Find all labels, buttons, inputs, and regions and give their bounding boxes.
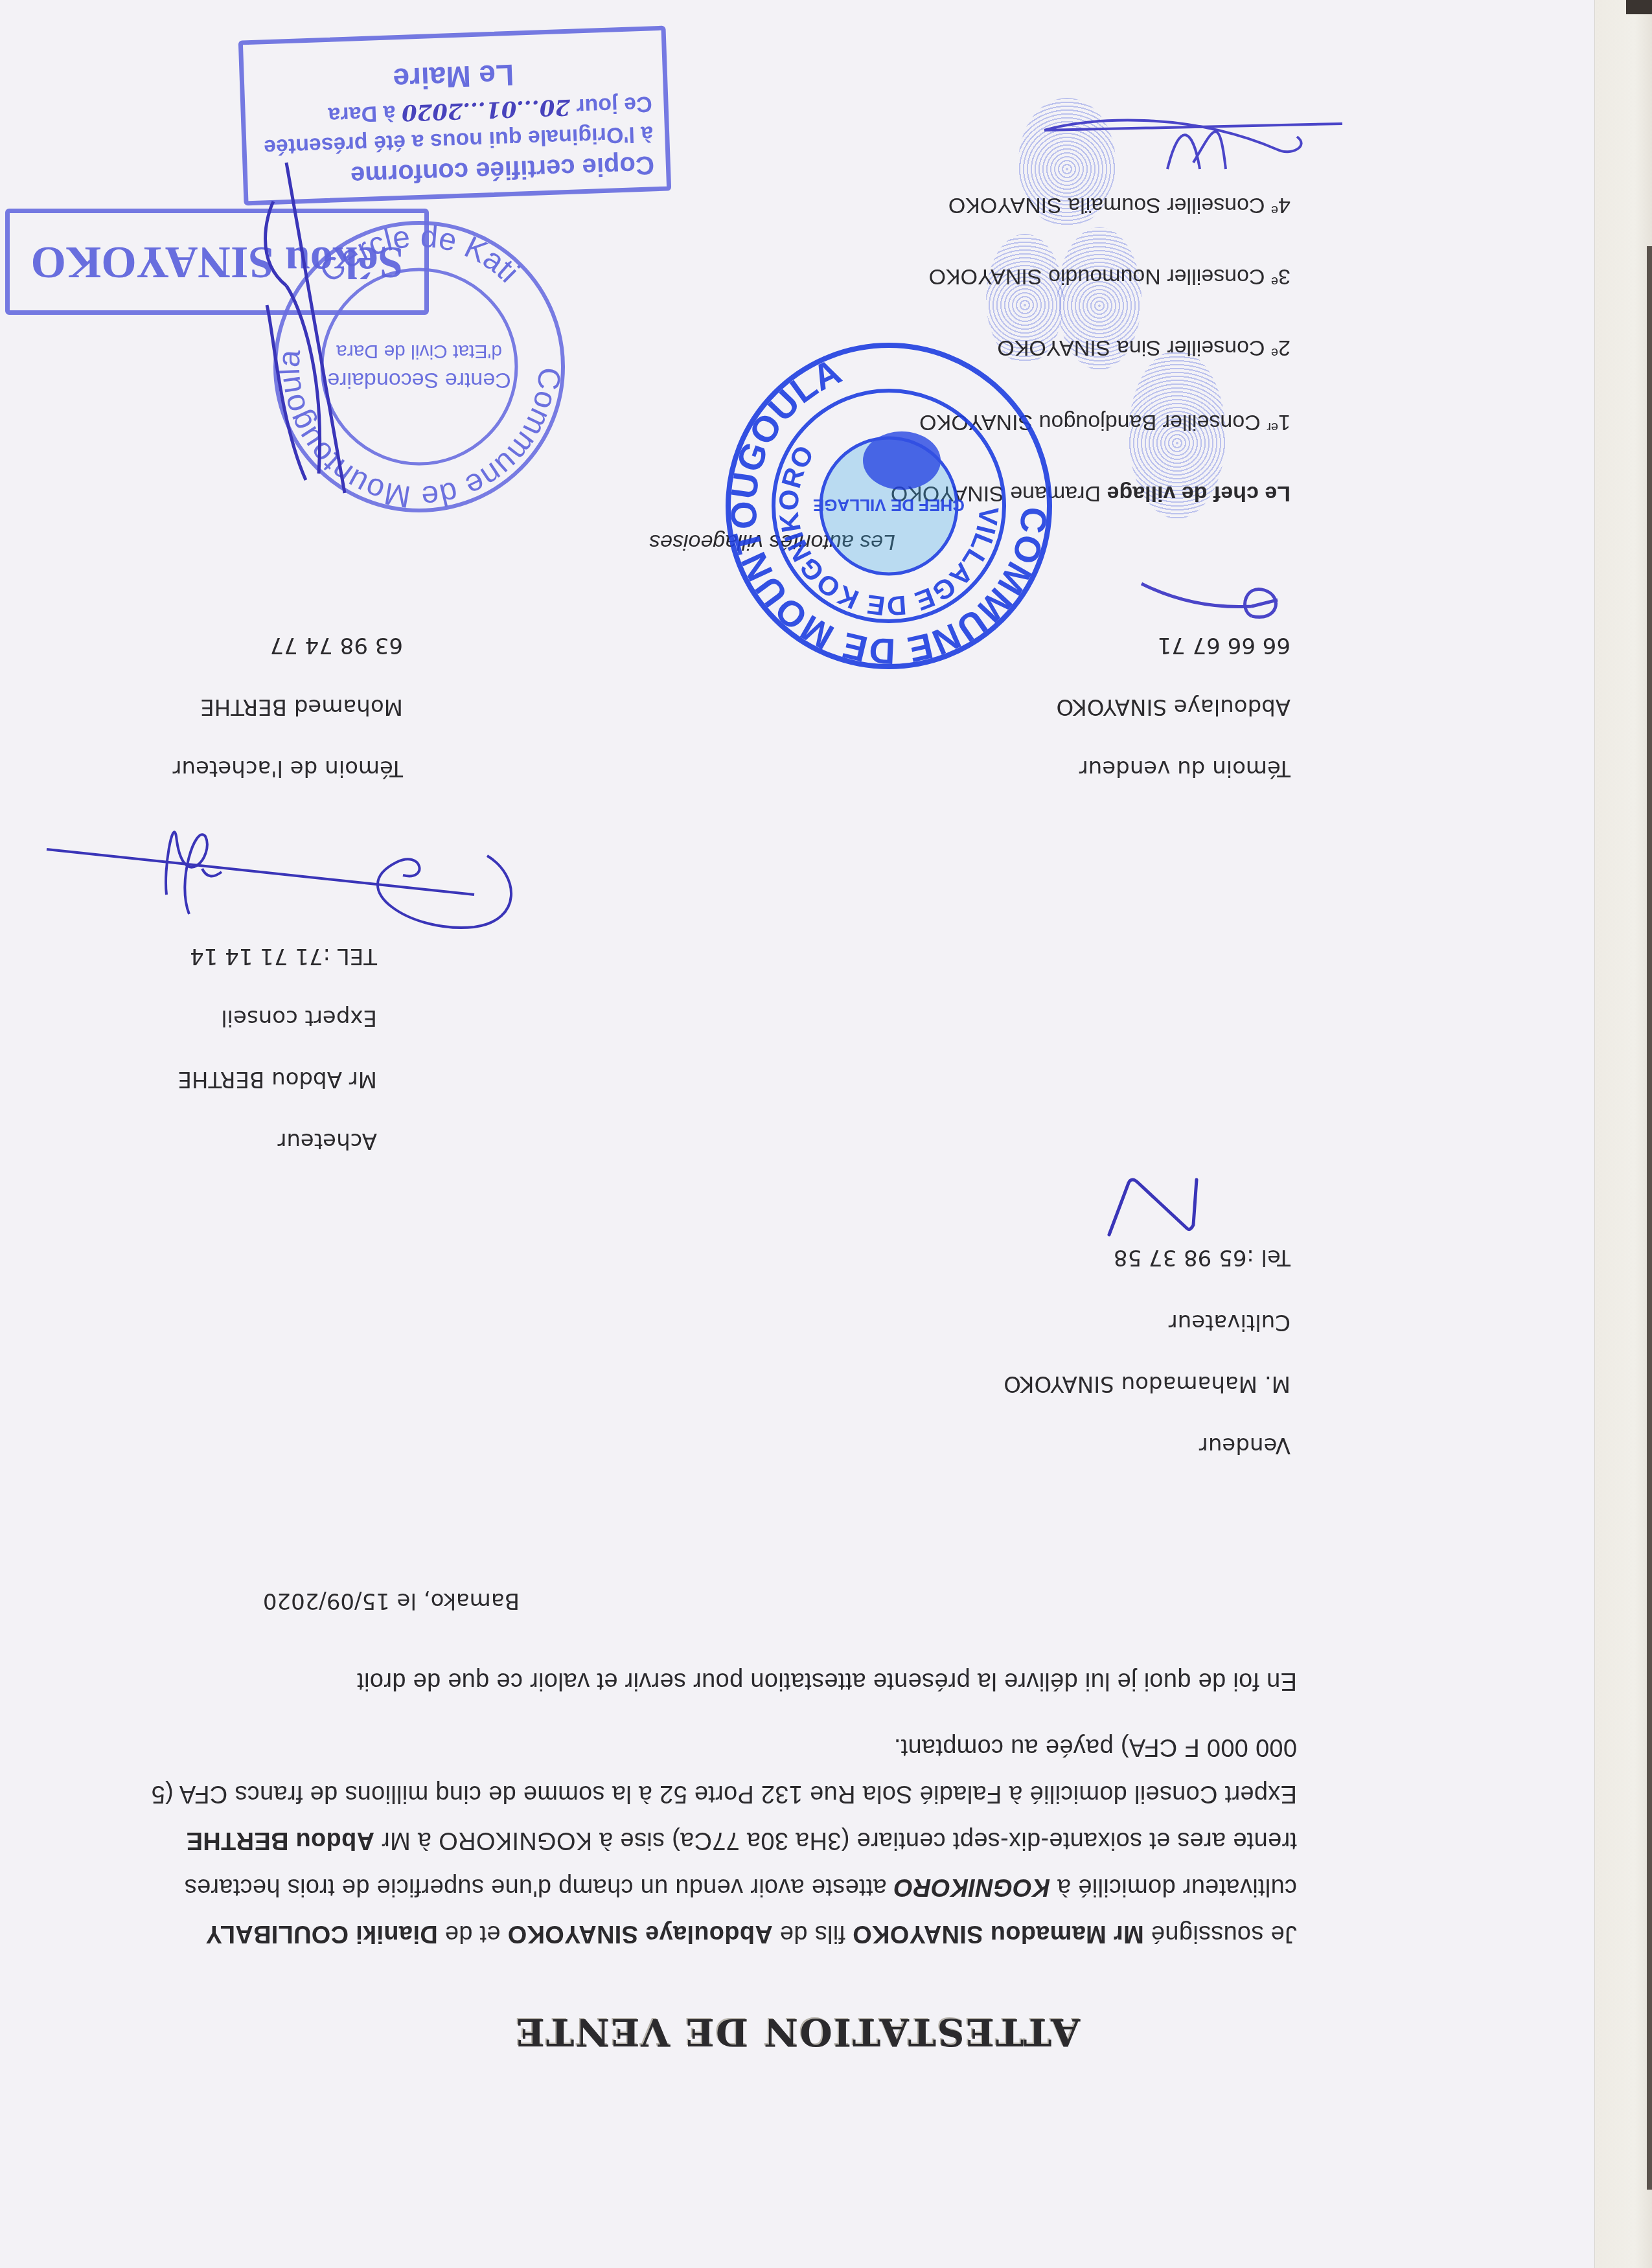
paragraph-segment: Je soussigné — [1144, 1920, 1297, 1947]
attestation-paragraph: Je soussigné Mr Mamadou SINAYOKO fils de… — [137, 1724, 1297, 1957]
vendeur-name: M. Mahamadou SINAYOKO — [1004, 1371, 1291, 1397]
conseiller-signature — [1038, 72, 1349, 182]
document-sheet: ATTESTATION DE VENTE Je soussigné Mr Mam… — [0, 0, 1595, 2268]
paragraph-segment: et de — [438, 1920, 508, 1947]
village-stamp-center-text: CHEF DE VILLAGE — [813, 496, 965, 515]
temoin-vendeur-label: Témoin du vendeur — [1079, 755, 1291, 781]
paragraph-segment: Abdou BERTHE — [186, 1827, 374, 1854]
temoin-acheteur-phone: 63 98 74 77 — [270, 632, 403, 658]
vendeur-profession: Cultivateur — [1169, 1309, 1291, 1335]
acheteur-profession: Expert conseil — [221, 1005, 377, 1031]
acheteur-phone: TEL :71 71 14 14 — [190, 943, 377, 969]
place-date: Bamako, le 15/09/2020 — [263, 1588, 520, 1614]
acheteur-signature — [34, 810, 526, 934]
scanner-bed-edge — [1594, 0, 1652, 2268]
mayor-signature — [228, 150, 384, 499]
authority-conseiller-3: 3e Conseiller Noumoudio SINAYOKO — [928, 264, 1291, 289]
paragraph-segment: cultivateur domicilié à — [1050, 1873, 1297, 1901]
chief-signature — [1129, 571, 1291, 636]
scanner-corner-shadow — [1626, 0, 1652, 14]
temoin-vendeur-phone: 66 66 67 71 — [1158, 632, 1291, 658]
acheteur-label: Acheteur — [277, 1128, 377, 1154]
authority-conseiller-4: 4e Conseiller Soumaïla SINAYOKO — [948, 192, 1291, 218]
paragraph-segment: Dianiki COULIBALY — [205, 1920, 437, 1947]
temoin-acheteur-name: Mohamed BERTHE — [200, 694, 403, 720]
paragraph-segment: Expert Conseil domicilié à Faladié Sola … — [151, 1734, 1297, 1807]
paragraph-segment: KOGNIKORO — [894, 1873, 1050, 1901]
paragraph-segment: SINAYOKO — [853, 1920, 983, 1947]
document-title: ATTESTATION DE VENTE — [0, 2010, 1595, 2054]
paragraph-segment: Mr Mamadou — [983, 1920, 1144, 1947]
temoin-vendeur-name: Abdoulaye SINAYOKO — [1057, 694, 1291, 720]
scanner-side-shadow — [1647, 246, 1652, 2190]
vendeur-phone: Tel :65 98 37 58 — [1114, 1244, 1291, 1270]
vendeur-label: Vendeur — [1199, 1432, 1291, 1458]
village-chief-stamp: COMMUNE DE MOUNTOUGOULA VILLAGE DE KOGNI… — [720, 338, 1057, 674]
temoin-acheteur-label: Témoin de l'acheteur — [172, 755, 403, 781]
acheteur-name: Mr Abdou BERTHE — [178, 1066, 377, 1092]
attestation-closing: En foi de quoi je lui délivre la présent… — [137, 1658, 1297, 1704]
paragraph-segment: Abdoulaye SINAYOKO — [507, 1920, 772, 1947]
paragraph-segment: fils de — [773, 1920, 853, 1947]
vendeur-signature — [1096, 1170, 1206, 1241]
